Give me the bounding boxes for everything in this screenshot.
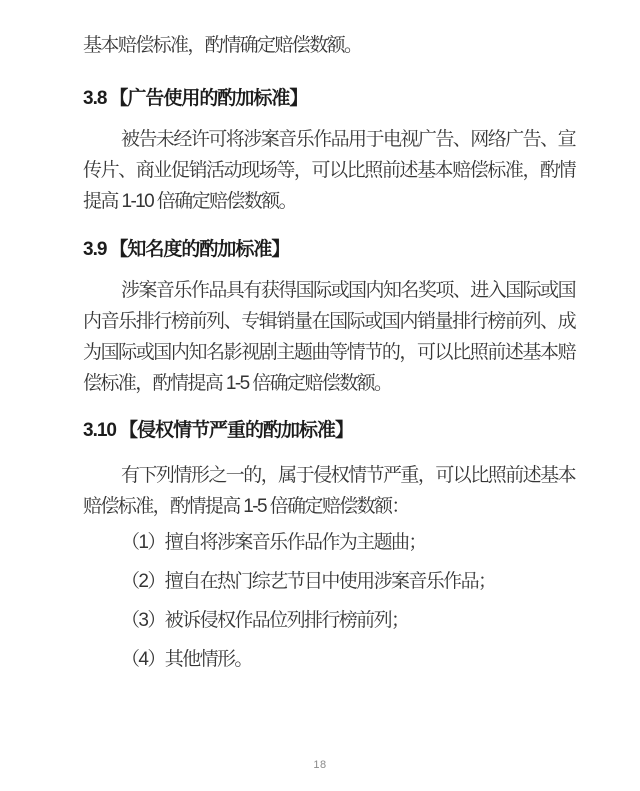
section-heading-3-9: 3.9【知名度的酌加标准】 [83, 234, 575, 265]
section-title: 【广告使用的酌加标准】 [109, 88, 307, 109]
section-number: 3.8 [83, 88, 106, 109]
section-heading-3-10: 3.10【侵权情节严重的酌加标准】 [83, 415, 575, 446]
section-title: 【侵权情节严重的酌加标准】 [119, 420, 353, 441]
list-item-3: （3）被诉侵权作品位列排行榜前列； [83, 605, 575, 636]
page-number: 18 [0, 758, 640, 773]
section-heading-3-8: 3.8【广告使用的酌加标准】 [83, 83, 575, 114]
list-item-2: （2）擅自在热门综艺节目中使用涉案音乐作品； [83, 566, 575, 597]
section-title: 【知名度的酌加标准】 [109, 239, 289, 260]
section-number: 3.10 [83, 420, 116, 441]
list-item-1: （1）擅自将涉案音乐作品作为主题曲； [83, 527, 575, 558]
section-3-9-paragraph: 涉案音乐作品具有获得国际或国内知名奖项、进入国际或国内音乐排行榜前列、专辑销量在… [83, 275, 575, 399]
section-3-10-paragraph: 有下列情形之一的，属于侵权情节严重，可以比照前述基本赔偿标准，酌情提高 1-5 … [83, 460, 575, 522]
document-page: 基本赔偿标准，酌情确定赔偿数额。 3.8【广告使用的酌加标准】 被告未经许可将涉… [0, 0, 640, 791]
list-item-4: （4）其他情形。 [83, 644, 575, 675]
enumerated-list: （1）擅自将涉案音乐作品作为主题曲； （2）擅自在热门综艺节目中使用涉案音乐作品… [83, 527, 575, 675]
section-3-8-paragraph: 被告未经许可将涉案音乐作品用于电视广告、网络广告、宣传片、商业促销活动现场等，可… [83, 124, 575, 217]
paragraph-continuation: 基本赔偿标准，酌情确定赔偿数额。 [83, 30, 575, 61]
section-number: 3.9 [83, 239, 106, 260]
